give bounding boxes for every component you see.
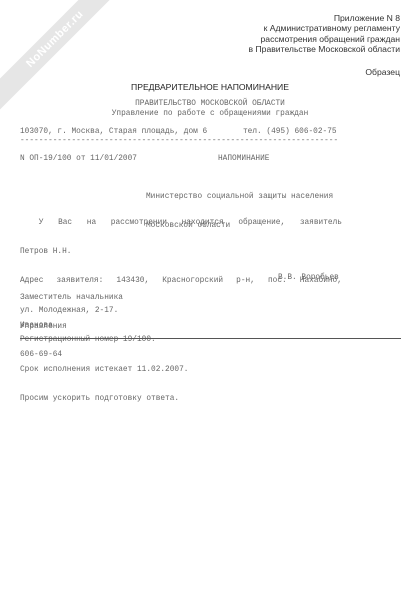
- appendix-line: в Правительстве Московской области: [249, 44, 400, 54]
- reference-number: N ОП-19/100 от 11/01/2007: [20, 155, 137, 165]
- body-line-6: Срок исполнения истекает 11.02.2007.: [20, 366, 342, 376]
- appendix-line: рассмотрения обращений граждан: [249, 34, 400, 44]
- department-name: Управление по работе с обращениями гражд…: [0, 110, 420, 120]
- watermark: NoNumber.ru: [0, 0, 130, 114]
- executor-block: Иванова 606-69-64: [20, 302, 62, 371]
- document-title: ПРЕДВАРИТЕЛЬНОЕ НАПОМИНАНИЕ: [0, 82, 420, 92]
- body-line-7: Просим ускорить подготовку ответа.: [20, 395, 342, 405]
- dashed-separator: ----------------------------------------…: [20, 137, 342, 147]
- body-line-1: У Вас на рассмотрении находится обращени…: [20, 219, 342, 229]
- signer-name: В.В. Воробьев: [278, 274, 339, 284]
- appendix-header: Приложение N 8 к Административному регла…: [249, 13, 400, 54]
- executor-name: Иванова: [20, 322, 62, 332]
- horizontal-rule: [20, 338, 401, 339]
- sample-label: Образец: [365, 67, 400, 77]
- appendix-line: к Административному регламенту: [249, 23, 400, 33]
- executor-phone: 606-69-64: [20, 351, 62, 361]
- organization-name: ПРАВИТЕЛЬСТВО МОСКОВСКОЙ ОБЛАСТИ: [0, 100, 420, 110]
- watermark-text: NoNumber.ru: [24, 8, 86, 70]
- appendix-line: Приложение N 8: [249, 13, 400, 23]
- body-line-2: Петров Н.Н.: [20, 248, 342, 258]
- reminder-heading: НАПОМИНАНИЕ: [218, 155, 269, 165]
